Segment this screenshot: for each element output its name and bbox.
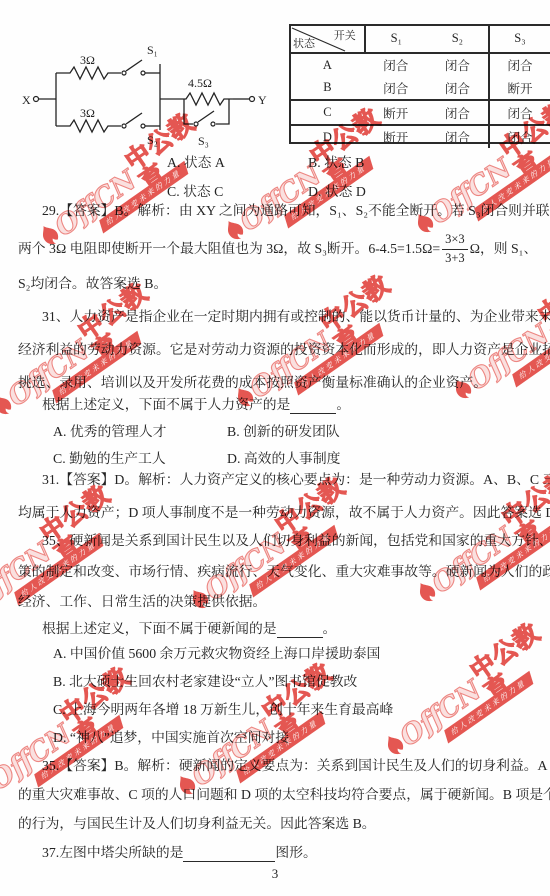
switch-s3-lever: [198, 111, 214, 122]
state-cell: A: [290, 53, 365, 76]
switch-s3-contact2: [211, 122, 215, 126]
watermark-row: OffCN 中公教育: [378, 615, 550, 764]
option-q31-d: D. 高效的人事制度: [227, 451, 340, 468]
option-q31-b: B. 创新的研发团队: [227, 424, 340, 441]
answer29-line2: 两个 3Ω 电阻即使断开一个最大阻值也为 3Ω，故 S₃断开。6-4.5=1.5…: [18, 226, 537, 272]
cell: 闭合: [427, 125, 489, 148]
cell: 断开: [365, 100, 427, 125]
q35-stem: 根据上述定义，下面不属于硬新闻的是。: [42, 621, 336, 638]
answer29-line2-post: Ω，则 S₁、: [470, 241, 538, 258]
flame-icon: [380, 730, 409, 761]
offcn-watermark: OffCN 中公教育 给人改变未来的力量: [0, 477, 152, 643]
cell: 闭合: [427, 100, 489, 125]
q31-stem-text: 根据上述定义，下面不属于人力资产的是: [42, 397, 290, 412]
terminal-x-label: X: [22, 93, 31, 107]
header-s2: S₂: [427, 25, 489, 53]
q31-line3: 挑选、录用、培训以及开发所花费的成本按照资产衡量标准确认的企业资产。: [18, 375, 487, 392]
exam-page: X 3Ω S₁ 3Ω S₂ 4.5Ω S₃ Y: [0, 0, 550, 896]
q31-line1: 31、人力资产是指企业在一定时期内拥有或控制的、能以货币计量的、为企业带来未来: [42, 309, 550, 326]
cell: 闭合: [365, 76, 427, 100]
resistor-45ohm: [181, 93, 233, 105]
resistor-3ohm-top: [56, 67, 121, 79]
answer-blank: [277, 624, 323, 638]
option-q35-b: B. 北大硕士生回农村老家建设“立人”图书馆促教改: [53, 674, 357, 691]
option-q29-a: A. 状态 A: [167, 155, 225, 172]
corner-label-switch: 开关: [334, 27, 356, 43]
offcn-latin-logo: OffCN: [245, 328, 336, 403]
offcn-chinese-logo: 中公教育: [466, 609, 550, 706]
q35-line1: 35、硬新闻是关系到国计民生以及人们切身利益的新闻，包括党和国家的重大方针、政: [42, 533, 550, 550]
diagonal-header-cell: 开关 状态: [290, 25, 365, 53]
table-row: D 断开 闭合 闭合: [290, 125, 550, 148]
switch-s2-label: S₂: [147, 133, 158, 147]
option-q35-c: C. 上海今明两年各增 18 万新生儿，创十年来生育最高峰: [53, 702, 393, 719]
q35-stem-text: 根据上述定义，下面不属于硬新闻的是: [42, 621, 277, 636]
table-header-row: 开关 状态 S₁ S₂ S₃: [290, 25, 550, 53]
fraction-numerator: 3×3: [442, 232, 468, 250]
terminal-y-node: [250, 97, 255, 102]
table-row: A 闭合 闭合 闭合: [290, 53, 550, 76]
switch-state-table: 开关 状态 S₁ S₂ S₃ A 闭合 闭合 闭合 B 闭合 闭合 断开 C 断…: [289, 24, 550, 148]
q31-stem: 根据上述定义，下面不属于人力资产的是。: [42, 397, 350, 414]
circuit-figure: X 3Ω S₁ 3Ω S₂ 4.5Ω S₃ Y: [20, 28, 272, 152]
offcn-slogan-ribbon: 给人改变未来的力量: [444, 671, 533, 743]
resistor-45ohm-label: 4.5Ω: [188, 76, 212, 90]
cell: 闭合: [489, 125, 550, 148]
answer29-line1: 29.【答案】B。解析：由 XY 之间为通路可知，S₁、S₂不能全断开。若 S₃…: [42, 203, 550, 220]
resistor-3ohm-bottom: [56, 120, 121, 132]
header-s3: S₃: [489, 25, 550, 53]
answer35-line2: 的重大灾难事故、C 项的人口问题和 D 项的太空科技均符合要点，属于硬新闻。B …: [18, 787, 550, 804]
answer35-line1: 35.【答案】B。解析：硬新闻的定义要点为：关系到国计民生及人们的切身利益。A …: [42, 758, 550, 775]
q37-stem-end: 图形。: [275, 845, 316, 860]
answer35-line3: 的行为，与国民生计及人们切身利益无关。因此答案选 B。: [18, 816, 376, 833]
table-row: C 断开 闭合 闭合: [290, 100, 550, 125]
cell: 闭合: [427, 53, 489, 76]
page-number: 3: [0, 866, 550, 882]
offcn-slogan-ribbon: 给人改变未来的力量: [34, 715, 123, 787]
switch-s1-contact: [122, 71, 126, 75]
switch-s1-lever: [126, 60, 142, 71]
answer31-line2: 均属于人力资产；D 项人事制度不是一种劳动力资源，故不属于人力资产。因此答案选 …: [18, 505, 550, 522]
cell: 闭合: [365, 53, 427, 76]
resistor-3ohm-top-label: 3Ω: [80, 53, 95, 67]
q31-stem-end: 。: [336, 397, 350, 412]
fraction: 3×3 3+3: [442, 232, 468, 266]
switch-s2-lever: [126, 113, 142, 124]
switch-s3-label: S₃: [198, 134, 209, 148]
cell: 断开: [365, 125, 427, 148]
option-q31-c: C. 勤勉的生产工人: [53, 451, 166, 468]
state-cell: D: [290, 125, 365, 148]
q37-stem-text: 37.左图中塔尖所缺的是: [42, 845, 183, 860]
cell: 闭合: [427, 76, 489, 100]
answer31-line1: 31.【答案】D。解析：人力资产定义的核心要点为：是一种劳动力资源。A、B、C …: [42, 472, 550, 489]
state-cell: B: [290, 76, 365, 100]
answer29-line3: S₂均闭合。故答案选 B。: [18, 276, 167, 293]
switch-s2-contact: [122, 124, 126, 128]
option-q31-a: A. 优秀的管理人才: [53, 424, 166, 441]
left-junction-wire: [39, 73, 56, 126]
resistor-3ohm-bottom-label: 3Ω: [80, 106, 95, 120]
option-q29-b: B. 状态 B: [308, 155, 364, 172]
table-row: B 闭合 闭合 断开: [290, 76, 550, 100]
cell: 断开: [489, 76, 550, 100]
q31-line2: 经济利益的劳动力资源。它是对劳动力资源的投资资本化而形成的，即人力资产是企业招聘…: [18, 342, 550, 359]
q37-stem: 37.左图中塔尖所缺的是图形。: [42, 845, 317, 862]
answer-blank: [290, 400, 336, 414]
switch-s2-contact2: [141, 124, 145, 128]
terminal-y-label: Y: [258, 93, 267, 107]
flame-icon: [0, 390, 17, 421]
fraction-denominator: 3+3: [442, 250, 468, 267]
switch-s1-label: S₁: [147, 43, 158, 57]
switch-s1-contact2: [141, 71, 145, 75]
header-s1: S₁: [365, 25, 427, 53]
offcn-latin-logo: OffCN: [187, 716, 278, 791]
q35-stem-end: 。: [323, 621, 337, 636]
option-q29-c: C. 状态 C: [167, 184, 223, 201]
offcn-watermark: OffCN 中公教育 给人改变未来的力量: [378, 615, 550, 781]
option-q35-d: D. “神八”追梦，中国实施首次空间对接: [53, 730, 289, 747]
flame-icon: [412, 577, 441, 608]
answer29-line2-pre: 两个 3Ω 电阻即使断开一个最大阻值也为 3Ω，故 S₃断开。6-4.5=1.5…: [18, 241, 440, 258]
right-junction-wire: [160, 64, 181, 130]
switch-s3-contact: [194, 122, 198, 126]
state-cell: C: [290, 100, 365, 125]
cell: 闭合: [489, 53, 550, 76]
option-q29-d: D. 状态 D: [308, 184, 366, 201]
terminal-x-node: [34, 97, 39, 102]
cell: 闭合: [489, 100, 550, 125]
answer-blank: [183, 848, 275, 862]
option-q35-a: A. 中国价值 5600 余万元救灾物资经上海口岸援助泰国: [53, 646, 380, 663]
q35-line3: 经济、工作、日常生活的决策提供依据。: [18, 594, 266, 611]
q35-line2: 策的制定和改变、市场行情、疾病流行、天气变化、重大灾难事故等。硬新闻为人们的政治…: [18, 564, 550, 581]
corner-label-state: 状态: [293, 35, 315, 51]
offcn-latin-logo: OffCN: [395, 676, 486, 751]
